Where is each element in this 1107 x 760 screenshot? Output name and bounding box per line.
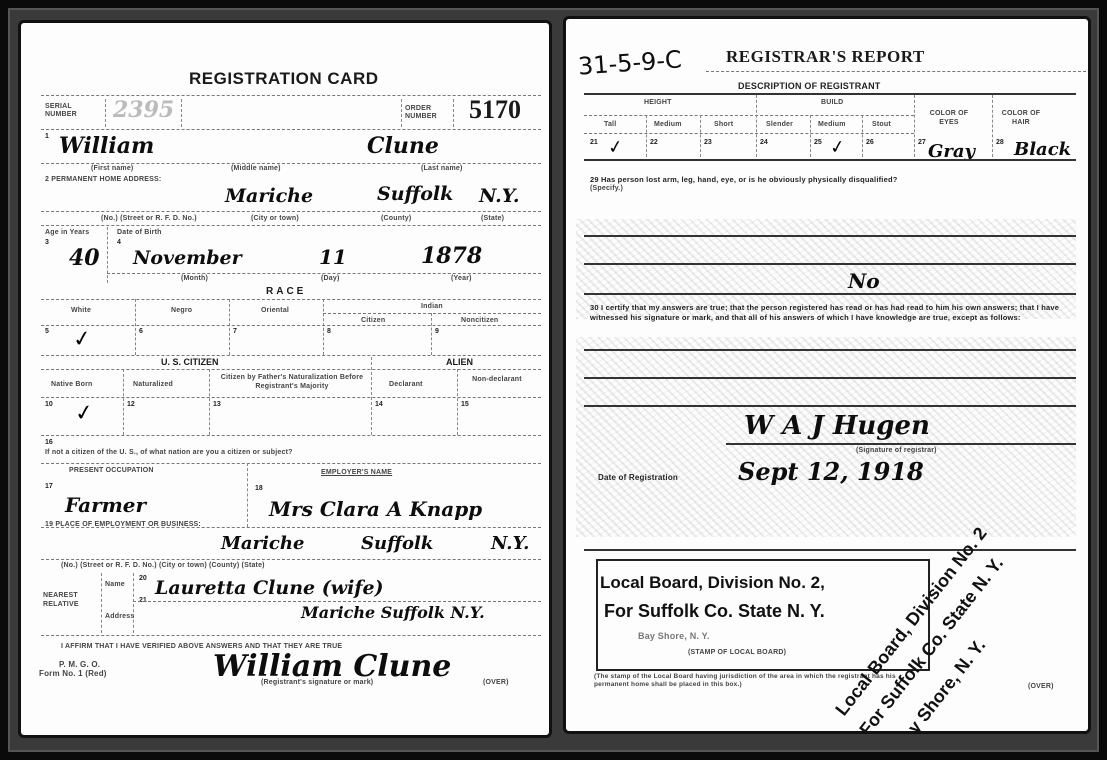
age-label: Age in Years [45,229,89,236]
employer-value: Mrs Clara A Knapp [269,497,482,521]
occupation-value: Farmer [65,493,146,517]
registration-date-label: Date of Registration [598,473,678,482]
relative-address: Mariche Suffolk N.Y. [301,603,485,622]
alien-header: ALIEN [446,357,473,367]
nearest-relative-label: NEAREST RELATIVE [43,591,97,609]
serial-number: 2395 [113,97,174,123]
registrars-report: 31-5-9-C REGISTRAR'S REPORT DESCRIPTION … [563,16,1091,734]
serial-number-label: SERIAL NUMBER [45,103,85,119]
last-name: Clune [367,133,439,159]
address-state: N.Y. [479,185,520,207]
dob-year: 1878 [421,243,482,269]
q16-text: If not a citizen of the U. S., of what n… [45,449,293,456]
hair-color: Black [1014,139,1071,160]
employment-county: Suffolk [361,533,433,554]
registrar-signature: W A J Hugen [744,411,930,441]
height-tall-checkmark: ✓ [607,136,625,159]
race-white-checkmark: ✓ [71,326,93,353]
q29-text: 29 Has person lost arm, leg, hand, eye, … [590,175,898,184]
age-value: 40 [69,245,100,271]
over-label-right: (OVER) [1028,683,1054,690]
q29-answer: No [848,269,880,293]
employment-state: N.Y. [491,533,529,554]
address-county: Suffolk [377,183,453,205]
order-number-label: ORDER NUMBER [405,105,445,121]
first-name: William [59,133,154,159]
stamp-line-3: Bay Shore, N. Y. [638,631,710,641]
order-number: 5170 [469,95,521,125]
address-label: 2 PERMANENT HOME ADDRESS: [45,176,161,183]
stamp-line-1: Local Board, Division No. 2, [600,573,825,593]
card-title: REGISTRATION CARD [189,69,379,89]
stamp-code: 31-5-9-C [577,45,683,80]
report-title: REGISTRAR'S REPORT [726,47,925,67]
registration-date: Sept 12, 1918 [738,457,924,486]
dob-day: 11 [319,245,347,269]
relative-name: Lauretta Clune (wife) [155,577,384,599]
race-header: RACE [266,286,306,297]
occupation-header: PRESENT OCCUPATION [69,467,154,474]
citizen-header: U. S. CITIZEN [161,357,219,367]
employer-header: EMPLOYER'S NAME [321,469,392,476]
dob-month: November [133,247,242,269]
employment-city: Mariche [221,533,304,554]
dob-label: Date of Birth [117,229,162,236]
build-medium-checkmark: ✓ [829,136,847,159]
registration-card: REGISTRATION CARD SERIAL NUMBER 2395 ORD… [18,20,552,738]
address-city: Mariche [225,185,313,207]
q30-text: 30 I certify that my answers are true; t… [590,303,1074,323]
report-subtitle: DESCRIPTION OF REGISTRANT [738,81,881,91]
stamp-line-2: For Suffolk Co. State N. Y. [604,601,825,622]
over-label-left: (OVER) [483,679,509,686]
native-born-checkmark: ✓ [73,400,95,427]
